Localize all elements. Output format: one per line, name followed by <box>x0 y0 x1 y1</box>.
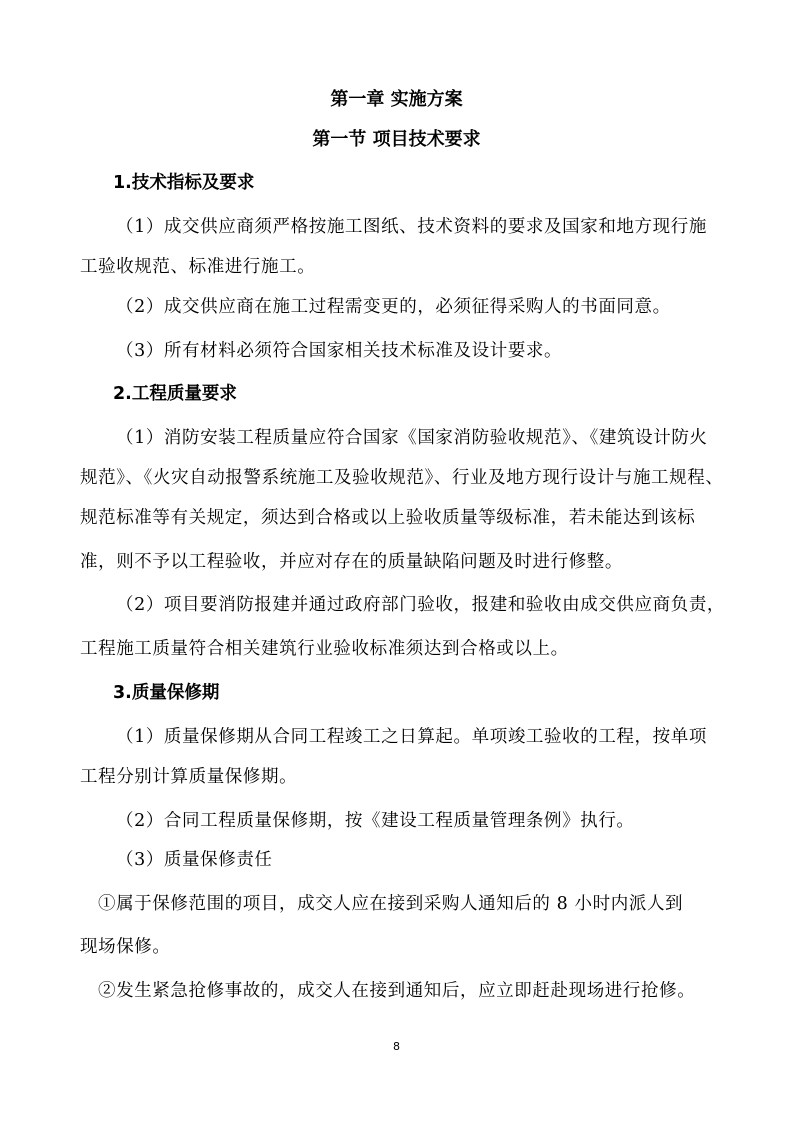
paragraph-line: ①属于保修范围的项目，成交人应在接到采购人通知后的 8 小时内派人到 <box>0 892 793 916</box>
paragraph-line: （3）所有材料必须符合国家相关技术标准及设计要求。 <box>0 339 793 363</box>
heading-quality-requirements: 2.工程质量要求 <box>0 382 793 406</box>
paragraph-line: 准，则不予以工程验收，并应对存在的质量缺陷问题及时进行修整。 <box>0 550 793 574</box>
paragraph-line: 工程分别计算质量保修期。 <box>0 765 793 789</box>
paragraph-line: （1）消防安装工程质量应符合国家《国家消防验收规范》、《建筑设计防火 <box>0 426 793 450</box>
paragraph-line: （2）成交供应商在施工过程需变更的，必须征得采购人的书面同意。 <box>0 295 793 319</box>
paragraph-line: （2）项目要消防报建并通过政府部门验收，报建和验收由成交供应商负责， <box>0 593 793 617</box>
chapter-title: 第一章 实施方案 <box>0 88 793 112</box>
paragraph-line: ②发生紧急抢修事故的，成交人在接到通知后，应立即赶赴现场进行抢修。 <box>0 979 793 1003</box>
heading-technical-requirements: 1.技术指标及要求 <box>0 171 793 195</box>
section-title: 第一节 项目技术要求 <box>0 128 793 152</box>
paragraph-line: （1）质量保修期从合同工程竣工之日算起。单项竣工验收的工程，按单项 <box>0 725 793 749</box>
heading-warranty-period: 3.质量保修期 <box>0 681 793 705</box>
paragraph-line: 规范标准等有关规定，须达到合格或以上验收质量等级标准，若未能达到该标 <box>0 506 793 530</box>
paragraph-line: 现场保修。 <box>0 935 793 959</box>
page-number: 8 <box>0 1040 793 1053</box>
paragraph-line: （1）成交供应商须严格按施工图纸、技术资料的要求及国家和地方现行施 <box>0 215 793 239</box>
paragraph-line: 工验收规范、标准进行施工。 <box>0 255 793 279</box>
paragraph-line: 规范》、《火灾自动报警系统施工及验收规范》、行业及地方现行设计与施工规程、 <box>0 466 793 490</box>
paragraph-line: （2）合同工程质量保修期，按《建设工程质量管理条例》执行。 <box>0 809 793 833</box>
paragraph-line: （3）质量保修责任 <box>0 848 793 872</box>
paragraph-line: 工程施工质量符合相关建筑行业验收标准须达到合格或以上。 <box>0 637 793 661</box>
